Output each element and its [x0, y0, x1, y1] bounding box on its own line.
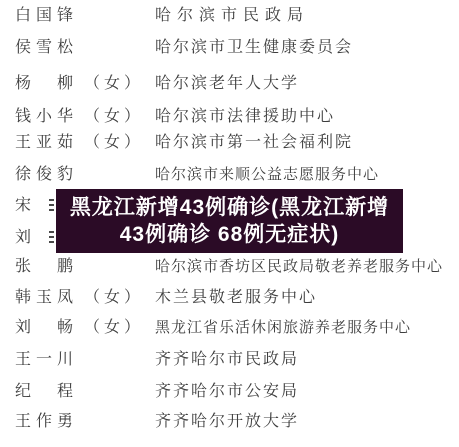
person-name: 韩玉凤 — [15, 282, 78, 314]
person-name: 徐俊豹 — [15, 159, 78, 191]
gender-label: （女） — [84, 312, 144, 344]
organization-name: 齐齐哈尔市民政局 — [155, 344, 299, 376]
roster-row: 刘 畅 （女） 黑龙江省乐活休闲旅游养老服务中心 — [0, 312, 459, 344]
organization-name: 黑龙江省乐活休闲旅游养老服务中心 — [155, 312, 411, 344]
person-name: 刘 畅 — [15, 312, 78, 344]
person-name: 宋 — [15, 190, 36, 222]
roster-row: 纪 程 齐齐哈尔市公安局 — [0, 376, 459, 408]
person-name: 刘 — [15, 222, 36, 254]
organization-name: 哈尔滨市香坊区民政局敬老养老服务中心 — [155, 251, 443, 283]
news-title-overlay[interactable]: 黑龙江新增43例确诊(黑龙江新增 43例确诊 68例无症状) — [56, 189, 403, 253]
organization-name: 齐齐哈尔开放大学 — [155, 406, 299, 438]
person-name: 王作勇 — [15, 406, 78, 438]
gender-label: （女） — [84, 282, 144, 314]
organization-name: 哈尔滨市卫生健康委员会 — [155, 32, 353, 64]
document-page: 白国锋 哈尔滨市民政局 侯雪松 哈尔滨市卫生健康委员会 杨 柳 （女） 哈尔滨老… — [0, 0, 459, 447]
organization-name: 哈尔滨市第一社会福利院 — [155, 127, 353, 159]
hidden-name-fragment — [49, 199, 54, 213]
organization-name: 哈尔滨市来顺公益志愿服务中心 — [155, 159, 379, 191]
hidden-name-fragment — [49, 231, 54, 245]
person-name: 杨 柳 — [15, 68, 78, 100]
roster-row: 侯雪松 哈尔滨市卫生健康委员会 — [0, 32, 459, 64]
organization-name: 齐齐哈尔市公安局 — [155, 376, 299, 408]
roster-row: 张 鹏 哈尔滨市香坊区民政局敬老养老服务中心 — [0, 251, 459, 283]
roster-row: 王一川 齐齐哈尔市民政局 — [0, 344, 459, 376]
organization-name: 哈尔滨市民政局 — [155, 0, 309, 32]
organization-name: 木兰县敬老服务中心 — [155, 282, 317, 314]
overlay-title-line-1: 黑龙江新增43例确诊(黑龙江新增 — [56, 194, 403, 221]
person-name: 白国锋 — [15, 0, 78, 32]
person-name: 张 鹏 — [15, 251, 78, 283]
roster-row: 白国锋 哈尔滨市民政局 — [0, 0, 459, 32]
roster-row: 徐俊豹 哈尔滨市来顺公益志愿服务中心 — [0, 159, 459, 191]
roster-row: 王亚茹 （女） 哈尔滨市第一社会福利院 — [0, 127, 459, 159]
overlay-title-line-2: 43例确诊 68例无症状) — [56, 221, 403, 248]
person-name: 王亚茹 — [15, 127, 78, 159]
gender-label: （女） — [84, 127, 144, 159]
person-name: 侯雪松 — [15, 32, 78, 64]
person-name: 纪 程 — [15, 376, 78, 408]
roster-row: 杨 柳 （女） 哈尔滨老年人大学 — [0, 68, 459, 100]
roster-row: 韩玉凤 （女） 木兰县敬老服务中心 — [0, 282, 459, 314]
person-name: 王一川 — [15, 344, 78, 376]
organization-name: 哈尔滨老年人大学 — [155, 68, 299, 100]
gender-label: （女） — [84, 68, 144, 100]
roster-row: 王作勇 齐齐哈尔开放大学 — [0, 406, 459, 438]
